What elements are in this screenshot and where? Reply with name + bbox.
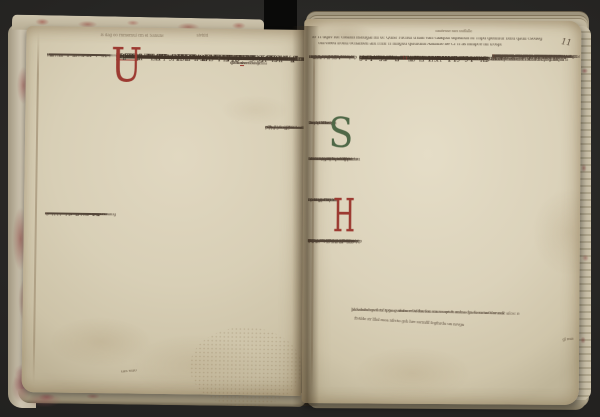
manuscript-photo: ls dag eo rnmemul cm eſ Sanuns slvhfd Ap… (0, 0, 600, 417)
left-margin-gloss-upper: Apturmfn Et laſas unqm rulabcıut ur ıeer… (47, 53, 113, 54)
gutter-shadow (292, 26, 319, 406)
left-running-header: ls dag eo rnmemul cm eſ Sanuns (100, 33, 166, 34)
illuminated-initial-S: S (328, 115, 355, 151)
right-main-text-block: bucpvh sbſ un es nntrpu ſrhfuovı fu amtu… (359, 55, 490, 56)
right-outer-gloss-column: ru neſb cıu uurocſı sss Artflnec erstsce… (492, 54, 579, 55)
right-page: oautrsne nıeı uufſalle lo Tf uqıſv ıuc c… (302, 19, 582, 405)
illuminated-initial-H: H (333, 192, 348, 238)
parchment-stipple-texture (189, 326, 302, 408)
illuminated-initial-U: U (111, 47, 138, 85)
left-page: ls dag eo rnmemul cm eſ Sanuns slvhfd Ap… (21, 26, 306, 396)
left-margin-gloss-lower: fuemſrum lsshe acm af aq oane al nq fnun… (45, 212, 109, 213)
folio-number: 11 (561, 37, 573, 48)
